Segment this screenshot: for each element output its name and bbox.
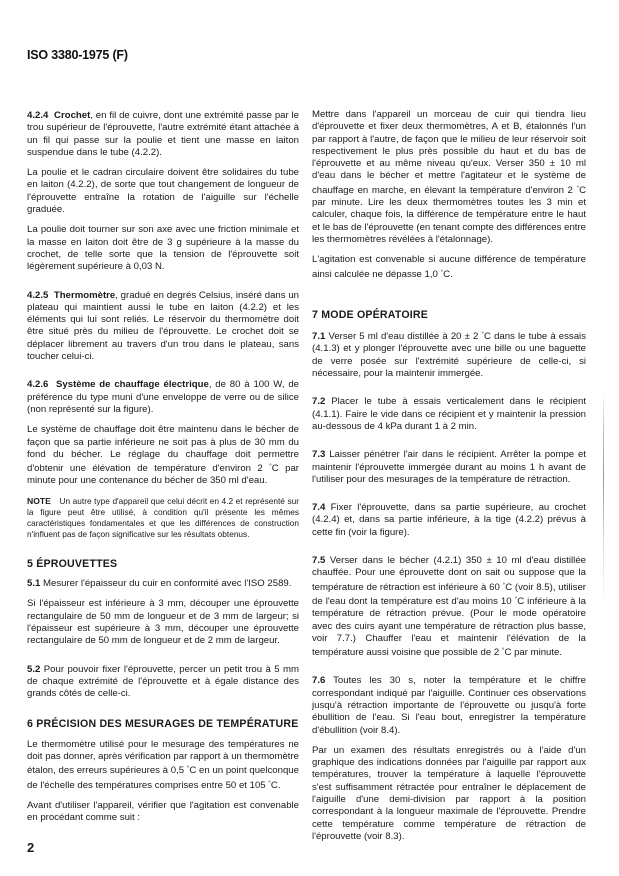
- scan-artifact-line: [603, 390, 604, 610]
- clause-number: 7.1: [312, 331, 325, 342]
- paragraph-epaisseur: Si l'épaisseur est inférieure à 3 mm, dé…: [27, 598, 299, 647]
- section-heading-7: 7 MODE OPÉRATOIRE: [312, 309, 586, 321]
- clause-number: 7.6: [312, 675, 325, 686]
- document-id-header: ISO 3380-1975 (F): [27, 48, 128, 62]
- section-heading-5: 5 ÉPROUVETTES: [27, 558, 299, 570]
- text-run: Mettre dans l'appareil un morceau de cui…: [312, 109, 586, 196]
- text-run: Le système de chauffage doit être mainte…: [27, 424, 299, 474]
- paragraph-examen-resultats: Par un examen des résultats enregistrés …: [312, 745, 586, 843]
- note: NOTE Un autre type d'appareil que celui …: [27, 496, 299, 540]
- clause-number: 4.2.4: [27, 110, 48, 121]
- clause-text: Pour pouvoir fixer l'éprouvette, percer …: [27, 664, 299, 700]
- paragraph-mettre-appareil: Mettre dans l'appareil un morceau de cui…: [312, 109, 586, 246]
- clause-7-2: 7.2 Placer le tube à essais verticalemen…: [312, 396, 586, 433]
- clause-4-2-5: 4.2.5 Thermomètre, gradué en degrés Cels…: [27, 290, 299, 364]
- clause-number: 7.5: [312, 555, 325, 566]
- clause-number: 7.2: [312, 396, 325, 407]
- clause-4-2-6: 4.2.6 Système de chauffage électrique, d…: [27, 379, 299, 416]
- text-run: Verser 5 ml d'eau distillée à 20 ± 2: [325, 331, 481, 342]
- clause-7-1: 7.1 Verser 5 ml d'eau distillée à 20 ± 2…: [312, 329, 586, 380]
- paragraph-avant-utiliser: Avant d'utiliser l'appareil, vérifier qu…: [27, 800, 299, 825]
- paragraph-poulie-friction: La poulie doit tourner sur son axe avec …: [27, 224, 299, 273]
- clause-text: Fixer l'éprouvette, dans sa partie supér…: [312, 502, 586, 538]
- clause-number: 4.2.6: [27, 379, 48, 390]
- clause-4-2-4: 4.2.4 Crochet, en fil de cuivre, dont un…: [27, 110, 299, 159]
- clause-text: Toutes les 30 s, noter la température et…: [312, 675, 586, 735]
- section-heading-6: 6 PRÉCISION DES MESURAGES DE TEMPÉRATURE: [27, 718, 299, 730]
- clause-number: 5.2: [27, 664, 40, 675]
- left-column: 4.2.4 Crochet, en fil de cuivre, dont un…: [27, 110, 299, 832]
- clause-term: Thermomètre: [54, 290, 115, 301]
- clause-text: Placer le tube à essais verticalement da…: [312, 396, 586, 432]
- clause-7-6: 7.6 Toutes les 30 s, noter la températur…: [312, 675, 586, 736]
- paragraph-chauffage: Le système de chauffage doit être mainte…: [27, 424, 299, 487]
- page-number: 2: [27, 840, 34, 855]
- clause-number: 5.1: [27, 578, 40, 589]
- clause-text: Laisser pénétrer l'air dans le récipient…: [312, 449, 586, 485]
- paragraph-poulie-cadran: La poulie et le cadran circulaire doiven…: [27, 167, 299, 216]
- clause-7-5: 7.5 Verser dans le bécher (4.2.1) 350 ± …: [312, 555, 586, 659]
- note-text: Un autre type d'appareil que celui décri…: [27, 496, 299, 539]
- clause-term: Crochet: [54, 110, 90, 121]
- text-run: C par minute.: [504, 647, 562, 658]
- note-label: NOTE: [27, 496, 51, 506]
- clause-5-2: 5.2 Pour pouvoir fixer l'éprouvette, per…: [27, 664, 299, 701]
- clause-number: 4.2.5: [27, 290, 48, 301]
- clause-number: 7.3: [312, 449, 325, 460]
- text-run: C.: [271, 780, 281, 791]
- clause-term: Système de chauffage électrique: [56, 379, 209, 390]
- clause-7-4: 7.4 Fixer l'éprouvette, dans sa partie s…: [312, 502, 586, 539]
- clause-7-3: 7.3 Laisser pénétrer l'air dans le récip…: [312, 449, 586, 486]
- clause-number: 7.4: [312, 502, 325, 513]
- text-run: C.: [443, 269, 453, 280]
- right-column: Mettre dans l'appareil un morceau de cui…: [312, 109, 586, 851]
- paragraph-thermometre: Le thermomètre utilisé pour le mesurage …: [27, 739, 299, 792]
- paragraph-agitation: L'agitation est convenable si aucune dif…: [312, 254, 586, 281]
- clause-5-1: 5.1 Mesurer l'épaisseur du cuir en confo…: [27, 578, 299, 590]
- clause-text: Mesurer l'épaisseur du cuir en conformit…: [40, 578, 291, 589]
